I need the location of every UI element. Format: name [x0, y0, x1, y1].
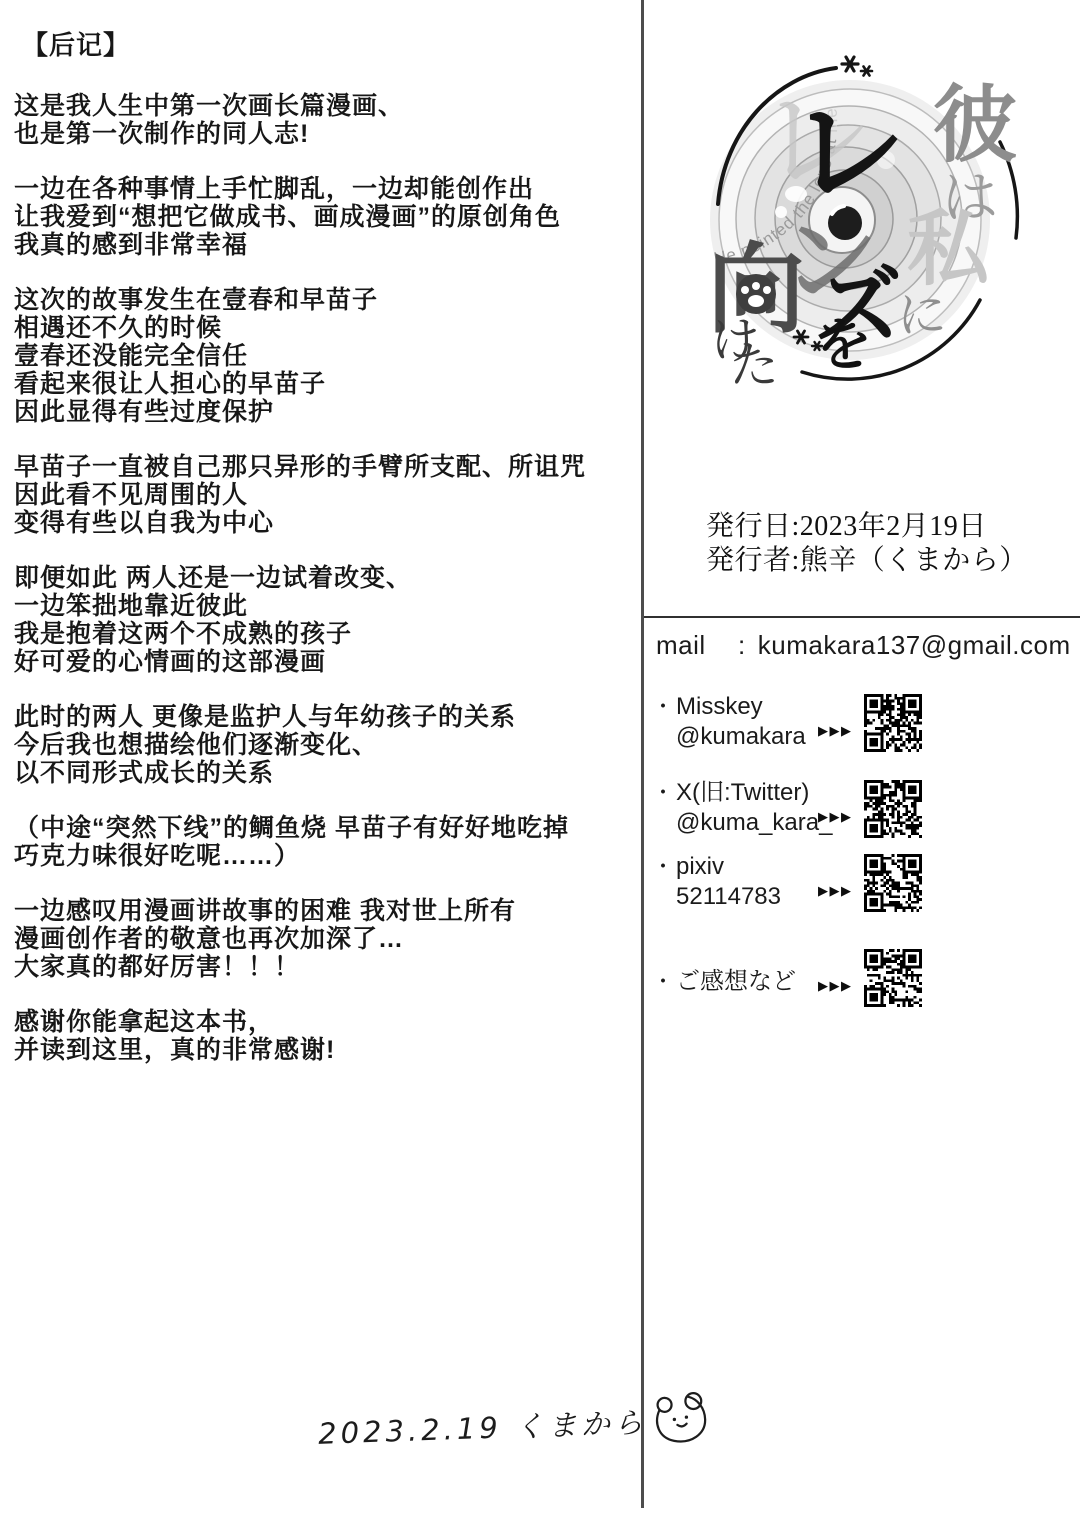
- svg-text:を: を: [816, 313, 872, 376]
- publication-date: 発行日:2023年2月19日: [706, 510, 1028, 544]
- bullet-icon: ・: [652, 852, 676, 882]
- afterword-heading: 【后记】: [22, 25, 636, 62]
- vertical-divider: [641, 0, 644, 1508]
- afterword-page: 【后记】 这是我人生中第一次画长篇漫画、 也是第一次制作的同人志! 一边在各种事…: [0, 0, 1080, 1532]
- qr-code-misskey: [864, 694, 922, 752]
- afterword-paragraph: 即便如此 两人还是一边试着改变、 一边笨拙地靠近彼此 我是抱着这两个不成熟的孩子…: [14, 564, 636, 676]
- mail-address: kumakara137@gmail.com: [758, 630, 1071, 661]
- afterword-paragraph: 早苗子一直被自己那只异形的手臂所支配、所诅咒 因此看不见周围的人 变得有些以自我…: [14, 453, 636, 537]
- triple-arrow-icon: ▶▶▶: [818, 723, 864, 752]
- link-handle-pixiv: 52114783: [652, 882, 818, 912]
- svg-text:私: 私: [907, 204, 991, 295]
- afterword-text-column: 【后记】 这是我人生中第一次画长篇漫画、 也是第一次制作的同人志! 一边在各种事…: [14, 25, 636, 1091]
- link-name-misskey: Misskey: [676, 692, 763, 722]
- bullet-icon: ・: [652, 778, 676, 808]
- bear-doodle-icon: [650, 1391, 712, 1447]
- publication-info: 発行日:2023年2月19日 発行者:熊辛（くまから）: [706, 510, 1028, 578]
- qr-code-pixiv: [864, 854, 922, 912]
- qr-code-x-twitter: [864, 780, 922, 838]
- svg-text:た: た: [729, 337, 779, 393]
- publication-publisher: 発行者:熊辛（くまから）: [706, 544, 1028, 578]
- mail-row: mail : kumakara137@gmail.com: [656, 630, 1071, 661]
- bullet-icon: ・: [652, 967, 676, 997]
- signature-text: 2023.2.19 くまから: [317, 1400, 647, 1452]
- link-row-feedback: ・ご感想など ▶▶▶: [652, 945, 942, 1007]
- mail-label: mail: [656, 630, 738, 661]
- afterword-paragraph: 这是我人生中第一次画长篇漫画、 也是第一次制作的同人志!: [14, 92, 636, 148]
- svg-text:彼: 彼: [933, 78, 1017, 172]
- triple-arrow-icon: ▶▶▶: [818, 883, 864, 912]
- link-name-feedback: ご感想など: [676, 967, 796, 997]
- triple-arrow-icon: ▶▶▶: [818, 978, 864, 1007]
- triple-arrow-icon: ▶▶▶: [818, 809, 864, 838]
- bullet-icon: ・: [652, 692, 676, 722]
- link-handle-x: @kuma_kara_: [652, 808, 818, 838]
- link-handle-misskey: @kumakara: [652, 722, 818, 752]
- link-name-pixiv: pixiv: [676, 852, 724, 882]
- afterword-paragraph: 一边感叹用漫画讲故事的困难 我对世上所有 漫画创作者的敬意也再次加深了… 大家真…: [14, 897, 636, 981]
- svg-text:に: に: [897, 287, 947, 343]
- link-row-misskey: ・Misskey @kumakara ▶▶▶: [652, 688, 942, 752]
- title-logo: He pointed the lens atme レ レ ン ズ を 彼 は: [678, 42, 1046, 442]
- qr-code-feedback: [864, 949, 922, 1007]
- afterword-paragraph: 一边在各种事情上手忙脚乱，一边却能创作出 让我爱到“想把它做成书、画成漫画”的原…: [14, 175, 636, 259]
- afterword-paragraph: 感谢你能拿起这本书， 并读到这里，真的非常感谢!: [14, 1008, 636, 1064]
- afterword-paragraph: （中途“突然下线”的鲷鱼烧 早苗子有好好地吃掉 巧克力味很好吃呢……）: [14, 814, 636, 870]
- link-row-x-twitter: ・X(旧:Twitter) @kuma_kara_ ▶▶▶: [652, 775, 942, 838]
- svg-text:レ: レ: [790, 87, 906, 217]
- horizontal-divider: [644, 616, 1080, 618]
- link-name-x: X(旧:Twitter): [676, 778, 809, 808]
- paw-print-icon: [736, 274, 776, 314]
- mail-colon: :: [738, 630, 746, 661]
- afterword-paragraph: 这次的故事发生在壹春和早苗子 相遇还不久的时候 壹春还没能完全信任 看起来很让人…: [14, 286, 636, 426]
- link-row-pixiv: ・pixiv 52114783 ▶▶▶: [652, 850, 942, 912]
- sparkle-icon: [842, 57, 872, 76]
- afterword-paragraph: 此时的两人 更像是监护人与年幼孩子的关系 今后我也想描绘他们逐渐变化、 以不同形…: [14, 703, 636, 787]
- signature: 2023.2.19 くまから: [317, 1391, 711, 1459]
